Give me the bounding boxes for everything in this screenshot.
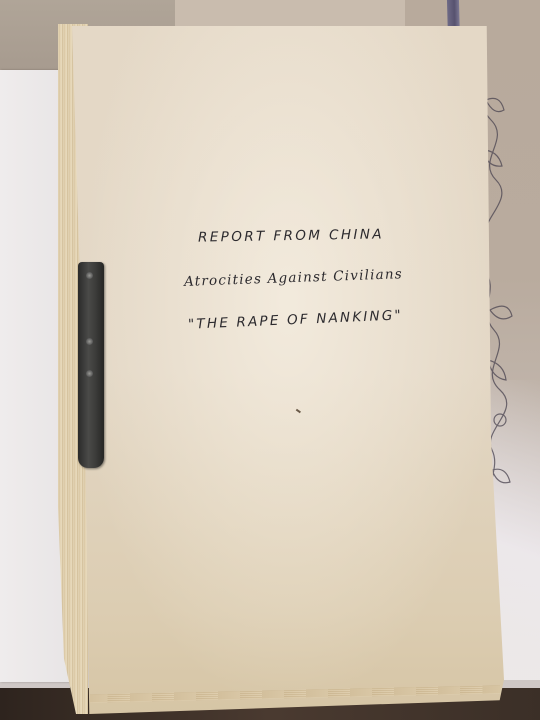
- photo-scene: REPORT FROM CHINA Atrocities Against Civ…: [0, 0, 540, 720]
- binding-fastener: [78, 262, 104, 468]
- rivet-icon: [86, 370, 93, 377]
- rivet-icon: [86, 272, 93, 279]
- title-line-2: Atrocities Against Civilians: [184, 266, 403, 290]
- report-cover-page: [72, 26, 504, 714]
- top-underlying-sheet: [175, 0, 405, 29]
- handwritten-title: REPORT FROM CHINA Atrocities Against Civ…: [180, 224, 420, 344]
- title-line-3: "THE RAPE OF NANKING": [188, 307, 403, 332]
- title-line-1: REPORT FROM CHINA: [198, 226, 384, 245]
- rivet-icon: [86, 338, 93, 345]
